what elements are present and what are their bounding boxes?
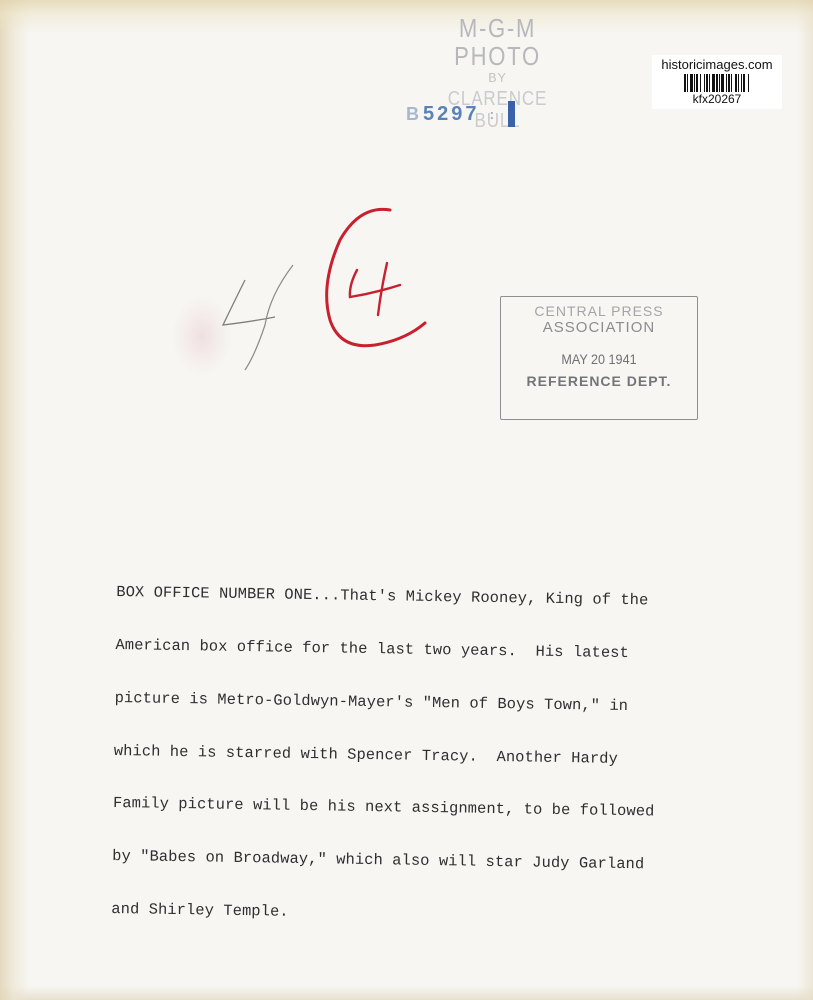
stamp-by: BY xyxy=(410,70,585,88)
pencil-four-icon xyxy=(215,255,315,375)
stamp-org-line1: CENTRAL PRESS xyxy=(501,303,697,319)
typed-caption: BOX OFFICE NUMBER ONE...That's Mickey Ro… xyxy=(111,549,717,945)
negative-number: 5297 xyxy=(423,103,480,126)
barcode-icon xyxy=(656,74,778,92)
negative-prefix: B xyxy=(406,104,419,125)
caption-line: Family picture will be his next assignme… xyxy=(113,795,713,822)
caption-line: and Shirley Temple. xyxy=(111,901,711,928)
red-circled-four-icon xyxy=(315,205,430,355)
barcode-site: historicimages.com xyxy=(652,57,782,72)
caption-line: American box office for the last two yea… xyxy=(115,637,715,664)
caption-line: BOX OFFICE NUMBER ONE...That's Mickey Ro… xyxy=(116,584,716,611)
stamp-dept: REFERENCE DEPT. xyxy=(501,373,697,389)
pencil-number-mark xyxy=(215,255,315,380)
stamp-date: MAY 20 1941 xyxy=(511,351,687,367)
bracket-mark-icon xyxy=(508,101,515,127)
caption-line: picture is Metro-Goldwyn-Mayer's "Men of… xyxy=(115,690,715,717)
caption-line: by "Babes on Broadway," which also will … xyxy=(112,848,712,875)
barcode-label: historicimages.com kfx20267 xyxy=(652,55,782,109)
stamp-dots: : xyxy=(490,106,495,122)
barcode-code: kfx20267 xyxy=(652,93,782,106)
caption-line: which he is starred with Spencer Tracy. … xyxy=(114,743,714,770)
stamp-mgm-photo: M-G-M PHOTO xyxy=(423,14,572,70)
reference-dept-stamp: CENTRAL PRESS ASSOCIATION MAY 20 1941 RE… xyxy=(500,296,698,420)
negative-number-stamp: B 5297 : xyxy=(406,101,515,127)
red-circled-number xyxy=(315,205,430,360)
stamp-org-line2: ASSOCIATION xyxy=(501,319,697,337)
